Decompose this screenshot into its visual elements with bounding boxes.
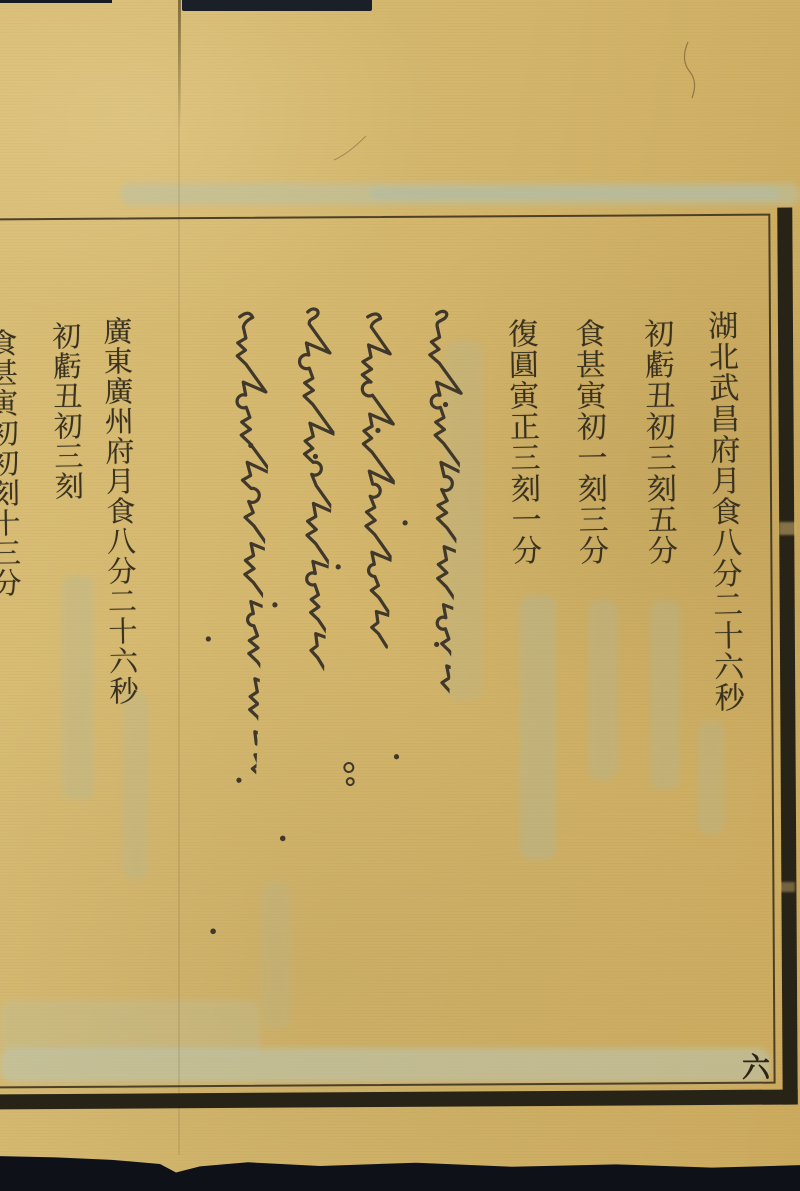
- chinese-column-first-contact-time: 初虧丑初三刻五分: [640, 318, 674, 566]
- scanned-book-page: { "document": { "page_number": "六", "rig…: [0, 0, 800, 1191]
- scan-edge-top-tab: [182, 0, 372, 11]
- border-ink-gap: [779, 522, 796, 535]
- chinese-column-maximum-eclipse-time: 食甚寅初一刻三分: [571, 318, 605, 566]
- page-number: 六: [742, 1046, 770, 1086]
- ghost-ink-smudge-top-band-core: [370, 188, 780, 199]
- chinese-column-hubei-wuchang-eclipse: 湖北武昌府月食八分二十六秒: [704, 310, 741, 713]
- chinese-column-first-contact-time-left: 初虧丑初三刻: [50, 321, 82, 501]
- chinese-column-guangdong-guangzhou-eclipse: 廣東廣州府月食八分二十六秒: [101, 316, 137, 706]
- border-ink-gap: [778, 882, 795, 892]
- chinese-column-maximum-eclipse-time-left-cut: 食甚寅初初刻十三分: [0, 328, 20, 598]
- chinese-column-restored-disc-time: 復圓寅正三刻一分: [504, 318, 538, 566]
- scan-edge-top-left: [0, 0, 112, 3]
